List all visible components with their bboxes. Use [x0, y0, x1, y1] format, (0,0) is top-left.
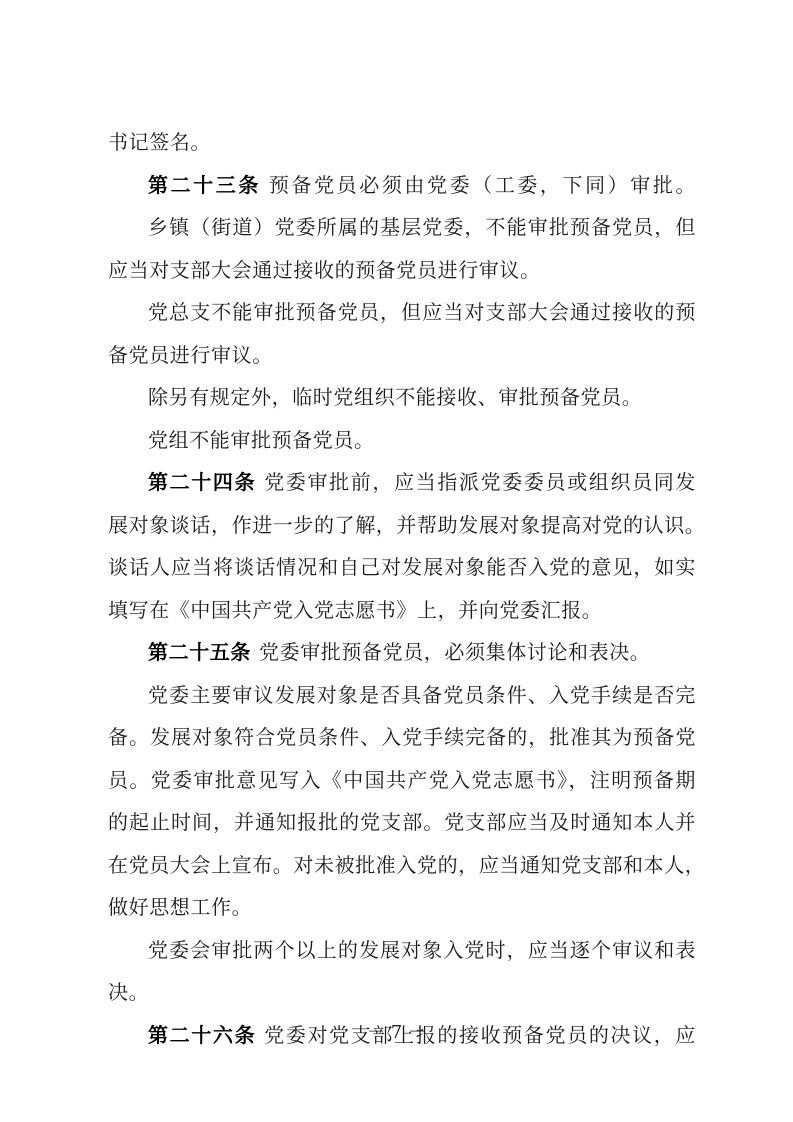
article-number: 第二十五条: [148, 640, 251, 664]
paragraph-line: 做好思想工作。: [108, 886, 696, 929]
paragraph-line: 填写在《中国共产党入党志愿书》上，并向党委汇报。: [108, 589, 696, 632]
paragraph-line: 谈话人应当将谈话情况和自己对发展对象能否入党的意见，如实: [108, 546, 696, 589]
paragraph-line: 的起止时间，并通知报批的党支部。党支部应当及时通知本人并: [108, 801, 696, 844]
paragraph-line: 党总支不能审批预备党员，但应当对支部大会通过接收的预: [108, 291, 696, 334]
paragraph-line: 在党员大会上宣布。对未被批准入党的，应当通知党支部和本人，: [108, 844, 696, 887]
paragraph-line: 备党员进行审议。: [108, 334, 696, 377]
paragraph-line: 展对象谈话，作进一步的了解，并帮助发展对象提高对党的认识。: [108, 504, 696, 547]
article-24-heading: 第二十四条党委审批前，应当指派党委委员或组织员同发: [108, 461, 696, 504]
paragraph-line: 党委会审批两个以上的发展对象入党时，应当逐个审议和表: [108, 929, 696, 972]
paragraph-line: 书记签名。: [108, 121, 696, 164]
paragraph-line: 乡镇（街道）党委所属的基层党委，不能审批预备党员，但: [108, 206, 696, 249]
article-text: 党委审批预备党员，必须集体讨论和表决。: [259, 640, 650, 664]
paragraph-line: 应当对支部大会通过接收的预备党员进行审议。: [108, 249, 696, 292]
paragraph-line: 决。: [108, 971, 696, 1014]
paragraph-line: 员。党委审批意见写入《中国共产党入党志愿书》，注明预备期: [108, 759, 696, 802]
article-text: 党委审批前，应当指派党委委员或组织员同发: [264, 470, 696, 494]
article-text: 预备党员必须由党委（工委，下同）审批。: [269, 173, 696, 197]
page-number: － 7 －: [0, 1018, 793, 1044]
article-23-heading: 第二十三条预备党员必须由党委（工委，下同）审批。: [108, 164, 696, 207]
paragraph-line: 党组不能审批预备党员。: [108, 419, 696, 462]
article-number: 第二十四条: [148, 470, 256, 494]
paragraph-line: 除另有规定外，临时党组织不能接收、审批预备党员。: [108, 376, 696, 419]
article-number: 第二十三条: [148, 173, 261, 197]
paragraph-line: 备。发展对象符合党员条件、入党手续完备的，批准其为预备党: [108, 716, 696, 759]
article-25-heading: 第二十五条党委审批预备党员，必须集体讨论和表决。: [108, 631, 696, 674]
document-page: 书记签名。 第二十三条预备党员必须由党委（工委，下同）审批。 乡镇（街道）党委所…: [108, 121, 696, 1056]
paragraph-line: 党委主要审议发展对象是否具备党员条件、入党手续是否完: [108, 674, 696, 717]
